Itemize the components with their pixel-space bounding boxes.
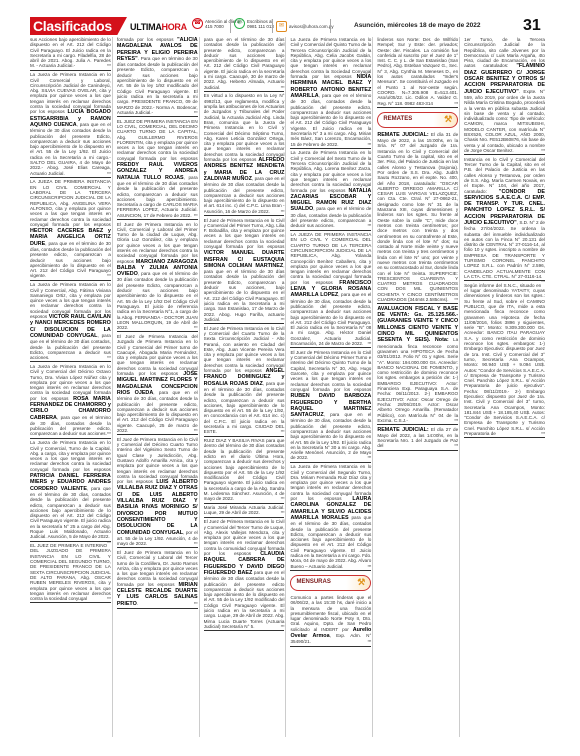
notice: REMATE JUDICIAL: El día 27 de Mayo del 2… <box>377 427 458 451</box>
notice-code: ▪▪▪ <box>454 101 458 106</box>
divider <box>230 19 231 33</box>
notice-text: RUIZ DIAZ Y BASILIA RIVAS para que dentr… <box>204 438 285 501</box>
notice-code: ▪▪▪ <box>194 428 198 433</box>
notice-text: , para que en el término de 30 días cont… <box>204 176 285 214</box>
mail-icon: ✉ <box>276 21 287 32</box>
notice-code: ▪▪▪ <box>194 325 198 330</box>
notice: La Jueza de Primera Instancia en lo Civi… <box>30 72 111 178</box>
notice: El Juez de Primera Instancia en lo Civil… <box>117 222 198 333</box>
notice-text: Maria José Miranda Actuaria Judicial. Lu… <box>204 505 285 515</box>
notice-text: La Jueza de Primera Instancia en lo Civi… <box>290 150 371 192</box>
notice-text: . <box>137 601 138 606</box>
notice-text: . Para que en término de 30 días contado… <box>117 56 198 115</box>
notice-text: . Expte. N° 559, año 2019, por orden de … <box>464 89 545 153</box>
notice-code: ▪▪▪ <box>107 171 111 176</box>
notice-text: Según informe del S.N.C., situado en el … <box>464 283 545 436</box>
notice: linderos son Norte: Der. de Wilfrido Rem… <box>377 37 458 108</box>
notice-text: , para que en el término de 30 días, con… <box>290 412 371 460</box>
notice: REMATE JUDICIAL: El día 31 de Mayo de 20… <box>377 132 458 305</box>
notice-code: ▪▪▪ <box>454 297 458 302</box>
notice: formada por los esposos "ALICIA MAGDALEN… <box>117 37 198 117</box>
ultimahora-logo: ULTIMAHORA <box>130 21 187 33</box>
notice-text: para que en el término de 30 días contad… <box>204 37 285 90</box>
column-5: linderos son Norte: Der. de Wilfrido Rem… <box>377 37 460 737</box>
notice-text: El Juez de Primera Instancia en lo Civil… <box>204 326 285 373</box>
notice-code: ▪▪▪ <box>368 455 372 460</box>
notice-text: para que en el término de 30 días contad… <box>204 570 285 629</box>
notice: El Juez de Primera Instancia en lo Civil… <box>204 519 285 631</box>
whatsapp-icon: ✆ <box>234 18 245 29</box>
notice-code: ▪▪▪ <box>107 273 111 278</box>
column-3: para que en el término de 30 días contad… <box>204 37 287 737</box>
column-6: 1er Turno, de la Tercera Circunscripción… <box>464 37 546 737</box>
notice: La Jueza de Primera Instancia en lo Civi… <box>30 364 111 439</box>
notice: Maria José Miranda Actuaria Judicial. Lu… <box>204 505 285 518</box>
notice-code: ▪▪▪ <box>281 85 285 90</box>
notice-text: , para que en el término de 30 días, con… <box>30 486 111 540</box>
notice-text: , para que en el término de 30 días, con… <box>290 93 371 147</box>
notice-code: ▪▪▪ <box>368 639 372 644</box>
notice-code: ▪▪▪ <box>194 541 198 546</box>
notice-names: LUIS ALBERTO VILLALBA RUIZ DIAZ Y OTRAS … <box>117 479 198 535</box>
notice: LA JUEZA DE PRIMERA INSTANCIA EN LO CIVI… <box>30 179 111 280</box>
notice-text: linderos son Norte: Der. de Wilfrido Rem… <box>377 37 458 106</box>
notice-code: ▪▪▪ <box>541 279 545 284</box>
notice-code: ▪▪▪ <box>454 443 458 448</box>
notice-text: , para que en el término de 30 días, con… <box>290 292 371 346</box>
notice: El Juez de Primera Instancia en lo Civil… <box>117 437 198 549</box>
notice-code: ▪▪▪ <box>107 431 111 436</box>
notice-text: La Jueza de Primera Instancia en lo Civi… <box>30 72 111 114</box>
notice-text: En virtud a lo dispuesto en la Ley N° 49… <box>204 93 285 162</box>
classifieds-columns: sus Acciones bajo apercibimiento de lo d… <box>30 37 546 737</box>
notice: El Juez de Primera Instancia en lo Civil… <box>204 326 285 437</box>
notice-code: ▪▪▪ <box>368 142 372 147</box>
notice: La Jueza de Primera Instancia en lo Civi… <box>30 282 111 362</box>
notice-text: El Juez de Primera Instancia del Juzgado… <box>117 334 198 376</box>
notice: Según informe del S.N.C., situado en el … <box>464 283 545 439</box>
notice: En virtud a lo dispuesto en la Ley N° 49… <box>204 93 285 216</box>
notice: Comunico a partes linderas que el 06/06/… <box>290 595 371 647</box>
notice: El Juez de Primera Instancia del Juzgado… <box>117 334 198 435</box>
notice-code: ▪▪▪ <box>194 213 198 218</box>
notice-names: AVALUACION FISCAL Y BASE DE VENTA: Gs. 2… <box>377 306 458 343</box>
notice-code: ▪▪▪ <box>107 540 111 545</box>
notice-text: formada por los esposos <box>117 37 174 42</box>
notice: 1er Turno, de la Tercera Circunscripción… <box>464 37 545 155</box>
notice-code: ▪▪▪ <box>541 431 545 436</box>
notice-text: La Jueza de Primera Instancia en lo Civi… <box>290 37 371 79</box>
notice: La Jueza de Primera Instancia en lo Civi… <box>30 440 111 541</box>
notice-code: ▪▪▪ <box>368 564 372 569</box>
notice-text: El Juez de Primera Instancia en lo Civil… <box>290 350 371 392</box>
notice-text: LA JUEZA DE PRIMERA INSTANCIA EN LO CIVI… <box>290 232 371 285</box>
notice-text: El día 31 de Mayo de 2022, a las 15:00hs… <box>377 132 458 302</box>
notice: AVALUACION FISCAL Y BASE DE VENTA: Gs. 2… <box>377 306 458 425</box>
notice-text: EL JUEZ DE PRIMERA INSTANCIA EN LO CIVIL… <box>117 119 198 161</box>
notice-text: , para que en el término de 30 días, con… <box>204 381 285 435</box>
publication-date: Asunción, miércoles 18 de mayo de 2022 <box>354 22 480 29</box>
divider <box>330 19 331 33</box>
notice: LA JUEZA DE PRIMERA INSTANCIA EN LO CIVI… <box>290 232 371 348</box>
notice-text: El Juez de Primera Instancia en lo Civil… <box>204 218 285 249</box>
notice-code: ▪▪▪ <box>107 355 111 360</box>
divider <box>272 19 273 33</box>
notice-text: , para que en el término de 30 días cont… <box>30 122 111 176</box>
notice-names: REMATE JUDICIAL: <box>377 427 428 433</box>
section-mensuras: MENSURAS⚒ <box>290 575 371 591</box>
notice-code: ▪▪▪ <box>281 209 285 214</box>
notice-text: para que en el término de 30 días, conta… <box>290 515 371 569</box>
notice-code: ▪▪▪ <box>368 341 372 346</box>
notice-code: ▪▪▪ <box>368 223 372 228</box>
contact-whatsapp[interactable]: ✆ Escribinos al0981 111 013 <box>234 18 274 29</box>
notice-text: El Juez de Primera Instancia en lo Civil… <box>117 222 198 264</box>
notice-text: La mencionada finca reconoce como gravam… <box>377 337 458 422</box>
notice-code: ▪▪▪ <box>194 601 198 606</box>
column-1: sus Acciones bajo apercibimiento de lo d… <box>30 37 113 737</box>
notice-names: VICTOR MANUEL DUARTE INSFRAN C/ EUSTAQUI… <box>204 250 285 269</box>
contact-email[interactable]: ✉ avisos@uhora.com.py <box>276 21 334 32</box>
notice-code: ▪▪▪ <box>454 418 458 423</box>
notice-code: ▪▪▪ <box>281 496 285 501</box>
notice-text: sus Acciones bajo apercibimiento de lo d… <box>30 37 111 68</box>
notice: La Jueza de Primera Instancia en lo Civi… <box>290 37 371 149</box>
notice: EL JUEZ DE PRIMERA INSTANCIA EN LO CIVIL… <box>117 119 198 220</box>
notice-text: , para que en el término de 30 días cont… <box>204 263 285 322</box>
notice-names: REMATE JUDICIAL: <box>377 132 428 138</box>
page-number: 31 <box>523 17 541 35</box>
notice-code: ▪▪▪ <box>281 624 285 629</box>
section-remates: REMATES⚒ <box>377 112 458 128</box>
notice: La Jueza de Primera Instancia en lo Civi… <box>290 464 371 571</box>
column-4: La Jueza de Primera Instancia en lo Civi… <box>290 37 373 737</box>
notice-text: , para que en el término de 30 días cont… <box>117 175 198 218</box>
notice-code: ▪▪▪ <box>281 510 285 515</box>
notice-code: ▪▪▪ <box>194 110 198 115</box>
notice-code: ▪▪▪ <box>541 148 545 153</box>
notice-code: ▪▪▪ <box>107 596 111 601</box>
notice-text: El Juez de Primera Instancia en lo Civil… <box>117 437 198 484</box>
gavel-icon: ⚒ <box>357 580 365 585</box>
notice-text: , para que en el término de 30 días cont… <box>117 271 198 330</box>
notice-code: ▪▪▪ <box>281 317 285 322</box>
notice-text: , para que en el término de 30 días, con… <box>30 241 111 279</box>
notice: sus Acciones bajo apercibimiento de lo d… <box>30 37 111 71</box>
notice-text: La Jueza de Primera Instancia en lo Civi… <box>30 440 111 471</box>
gavel-icon: ⚒ <box>444 117 452 122</box>
notice: El Juez de Primera Instancia en lo Civil… <box>117 550 198 609</box>
notice-code: ▪▪▪ <box>281 429 285 434</box>
notice: Instancia en lo Civil y Comercial del Te… <box>464 157 545 282</box>
notice: El Juez de Primera Instancia en lo Civil… <box>290 350 371 463</box>
notice-text: LA JUEZA DE PRIMERA INSTANCIA EN LO CIVI… <box>30 179 111 226</box>
notice-text: , S.D. N° 2 de fecha 27/04/2022. Se orde… <box>464 220 545 279</box>
notice-text: , para que en el término de 30 días, con… <box>117 390 198 433</box>
section-title: Clasificados <box>30 17 127 35</box>
column-2: formada por los esposos "ALICIA MAGDALEN… <box>117 37 200 737</box>
notice-code: ▪▪▪ <box>107 63 111 68</box>
notice: El Juez de Primera Instancia en lo Civil… <box>204 218 285 325</box>
page-header: Clasificados ULTIMAHORA ☎ Atención al cl… <box>30 16 546 35</box>
notice: RUIZ DIAZ Y BASILIA RIVAS para que dentr… <box>204 438 285 504</box>
phone-icon: ☎ <box>192 18 203 29</box>
notice: para que en el término de 30 días contad… <box>204 37 285 92</box>
notice-text: EL JUEZ DE PRIMERA E INTERINO DEL JUZGAD… <box>30 543 111 601</box>
notice: EL JUEZ DE PRIMERA E INTERINO DEL JUZGAD… <box>30 543 111 603</box>
notice: La Jueza de Primera Instancia en lo Civi… <box>290 150 371 230</box>
